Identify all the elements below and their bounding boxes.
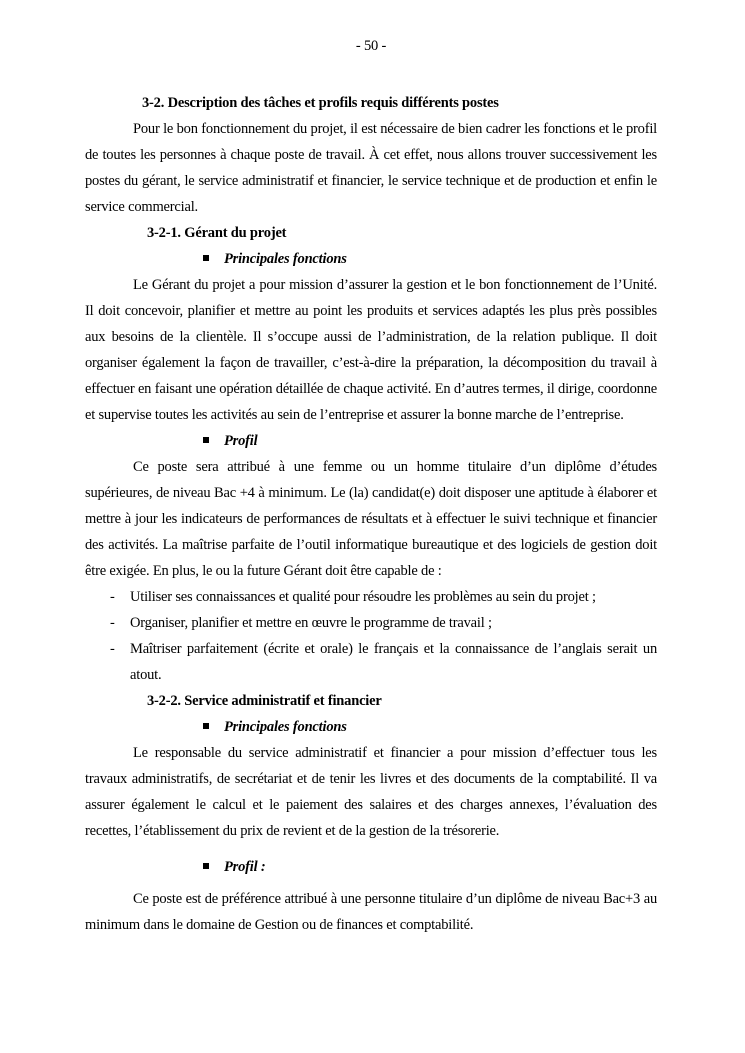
dash-list-item-text: Maîtriser parfaitement (écrite et orale)… (130, 641, 657, 683)
dash-list-item-text: Utiliser ses connaissances et qualité po… (130, 589, 596, 605)
dash-list-item-text: Organiser, planifier et mettre en œuvre … (130, 615, 492, 631)
square-bullet-icon (203, 437, 209, 443)
bullet-item-profil-1: Profil (85, 428, 657, 454)
paragraph-gerant-profil: Ce poste sera attribué à une femme ou un… (85, 454, 657, 584)
bullet-label-principales-fonctions: Principales fonctions (224, 719, 347, 735)
bullet-label-principales-fonctions: Principales fonctions (224, 251, 347, 267)
dash-list-capabilities: -Utiliser ses connaissances et qualité p… (85, 584, 657, 688)
bullet-item-profil-2: Profil : (85, 854, 657, 880)
square-bullet-icon (203, 863, 209, 869)
section-heading-3-2: 3-2. Description des tâches et profils r… (85, 90, 657, 116)
dash-marker: - (110, 636, 115, 662)
bullet-label-profil: Profil : (224, 859, 266, 875)
paragraph-intro: Pour le bon fonctionnement du projet, il… (85, 116, 657, 220)
bullet-item-principales-fonctions-1: Principales fonctions (85, 246, 657, 272)
dash-list-item: -Utiliser ses connaissances et qualité p… (85, 584, 657, 610)
subsection-heading-3-2-1: 3-2-1. Gérant du projet (85, 220, 657, 246)
paragraph-gerant-fonctions: Le Gérant du projet a pour mission d’ass… (85, 272, 657, 428)
dash-marker: - (110, 610, 115, 636)
paragraph-service-admin-profil: Ce poste est de préférence attribué à un… (85, 886, 657, 938)
subsection-heading-3-2-2: 3-2-2. Service administratif et financie… (85, 688, 657, 714)
document-page: - 50 - 3-2. Description des tâches et pr… (0, 0, 745, 1053)
dash-list-item: -Maîtriser parfaitement (écrite et orale… (85, 636, 657, 688)
square-bullet-icon (203, 255, 209, 261)
dash-list-item: -Organiser, planifier et mettre en œuvre… (85, 610, 657, 636)
bullet-item-principales-fonctions-2: Principales fonctions (85, 714, 657, 740)
square-bullet-icon (203, 723, 209, 729)
page-number: - 50 - (85, 36, 657, 56)
paragraph-service-admin-fonctions: Le responsable du service administratif … (85, 740, 657, 844)
dash-marker: - (110, 584, 115, 610)
bullet-label-profil: Profil (224, 433, 257, 449)
